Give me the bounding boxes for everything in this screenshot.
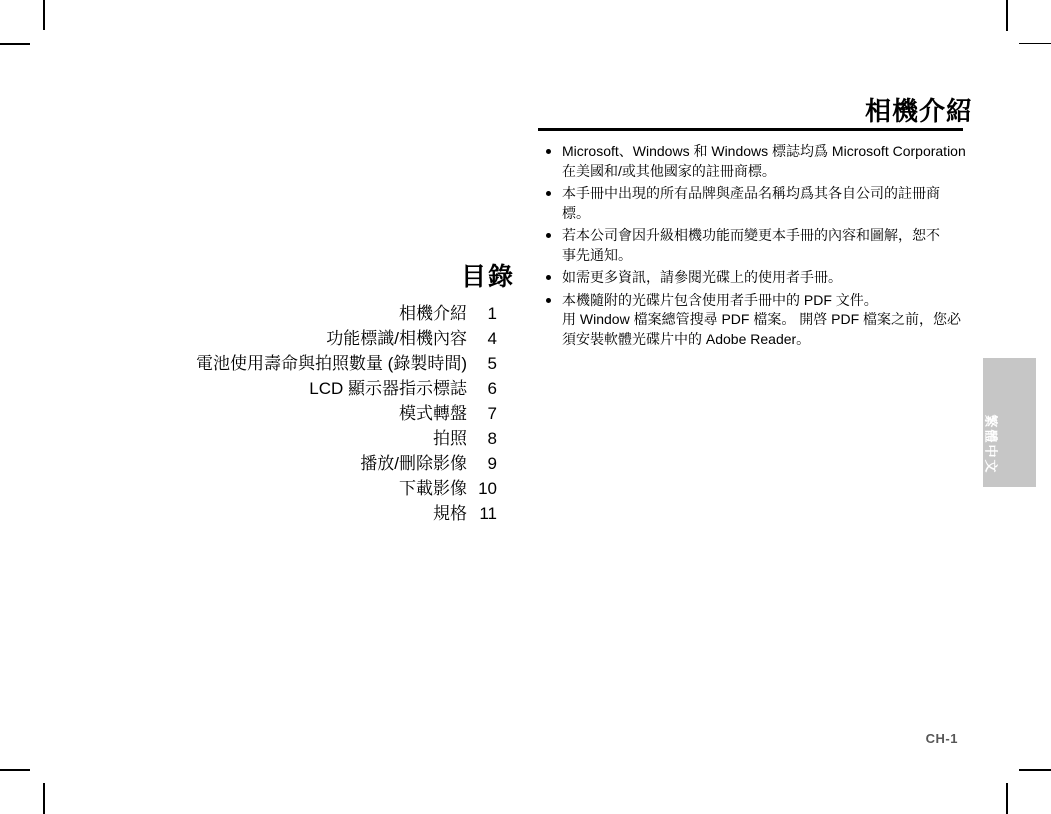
language-side-tab-label: 繁體中文 [983,413,1002,477]
toc-entry: LCD 顯示器指示標誌 6 [196,374,497,399]
toc-entry: 拍照 8 [196,424,497,449]
toc-entry: 相機介紹 1 [196,299,497,324]
toc-entry-label: 相機介紹 [399,299,467,324]
notice-item: 如需更多資訊，請參閱光碟上的使用者手冊。 [545,268,969,288]
crop-mark-bottom-left-vertical [43,783,45,814]
toc-entry-page: 11 [467,504,497,524]
notice-line: 標。 [562,204,940,224]
notice-item: 若本公司會因升級相機功能而變更本手冊的內容和圖解，恕不 事先通知。 [545,226,969,265]
notice-line: 在美國和/或其他國家的註冊商標。 [562,162,966,182]
crop-mark-top-left-horizontal [0,43,30,45]
toc-entry-page: 7 [467,404,497,424]
bullet-dot [546,149,551,154]
toc-entry-page: 10 [467,479,497,499]
toc-entry-page: 1 [467,304,497,324]
notice-line: 本手冊中出現的所有品牌與產品名稱均爲其各自公司的註冊商 [562,184,940,204]
toc-entry: 規格 11 [196,499,497,524]
crop-mark-top-left-vertical [43,0,45,30]
toc-entry: 下載影像 10 [196,474,497,499]
crop-mark-top-right-horizontal [1019,43,1051,45]
crop-mark-bottom-left-horizontal [0,769,30,771]
title-underline [538,128,963,131]
toc-entry-label: 拍照 [433,424,467,449]
crop-mark-top-right-vertical [1006,0,1008,31]
toc-entry-label: 播放/刪除影像 [360,449,467,474]
bullet-dot [546,191,551,196]
toc-heading: 目錄 [461,257,515,293]
toc-entry-page: 5 [467,354,497,374]
crop-mark-bottom-right-vertical [1006,783,1008,814]
manual-page: 相機介紹 Microsoft、Windows 和 Windows 標誌均爲 Mi… [0,0,1051,814]
toc-entry-label: 規格 [433,499,467,524]
toc-entry: 電池使用壽命與拍照數量 (錄製時間) 5 [196,349,497,374]
toc-entry-page: 8 [467,429,497,449]
notice-line: 用 Window 檔案總管搜尋 PDF 檔案。 開啓 PDF 檔案之前，您必 [562,310,961,330]
toc-entry: 功能標識/相機內容 4 [196,324,497,349]
toc-entry-label: 電池使用壽命與拍照數量 (錄製時間) [196,349,467,374]
notice-line: Microsoft、Windows 和 Windows 標誌均爲 Microso… [562,142,966,162]
toc-entry-page: 9 [467,454,497,474]
toc-entry-page: 6 [467,379,497,399]
notice-line: 若本公司會因升級相機功能而變更本手冊的內容和圖解，恕不 [562,226,940,246]
notices-list: Microsoft、Windows 和 Windows 標誌均爲 Microso… [545,142,969,352]
toc-entry: 模式轉盤 7 [196,399,497,424]
bullet-dot [546,233,551,238]
toc-entry-label: 下載影像 [399,474,467,499]
notice-line: 事先通知。 [562,246,940,266]
notice-item: 本手冊中出現的所有品牌與產品名稱均爲其各自公司的註冊商 標。 [545,184,969,223]
notice-line: 如需更多資訊，請參閱光碟上的使用者手冊。 [562,268,842,288]
notice-item: Microsoft、Windows 和 Windows 標誌均爲 Microso… [545,142,969,181]
bullet-dot [546,275,551,280]
toc-entry-page: 4 [467,329,497,349]
toc-list: 相機介紹 1 功能標識/相機內容 4 電池使用壽命與拍照數量 (錄製時間) 5 … [196,299,497,524]
notice-line: 本機隨附的光碟片包含使用者手冊中的 PDF 文件。 [562,291,961,311]
toc-entry-label: 模式轉盤 [399,399,467,424]
language-side-tab: 繁體中文 [983,358,1036,487]
footer-page-number: CH-1 [926,731,958,746]
bullet-dot [546,298,551,303]
toc-entry: 播放/刪除影像 9 [196,449,497,474]
notice-line: 須安裝軟體光碟片中的 Adobe Reader。 [562,330,961,350]
notice-item: 本機隨附的光碟片包含使用者手冊中的 PDF 文件。 用 Window 檔案總管搜… [545,291,969,350]
toc-entry-label: LCD 顯示器指示標誌 [309,374,467,399]
toc-entry-label: 功能標識/相機內容 [326,324,467,349]
crop-mark-bottom-right-horizontal [1019,769,1051,771]
page-title: 相機介紹 [865,97,973,127]
